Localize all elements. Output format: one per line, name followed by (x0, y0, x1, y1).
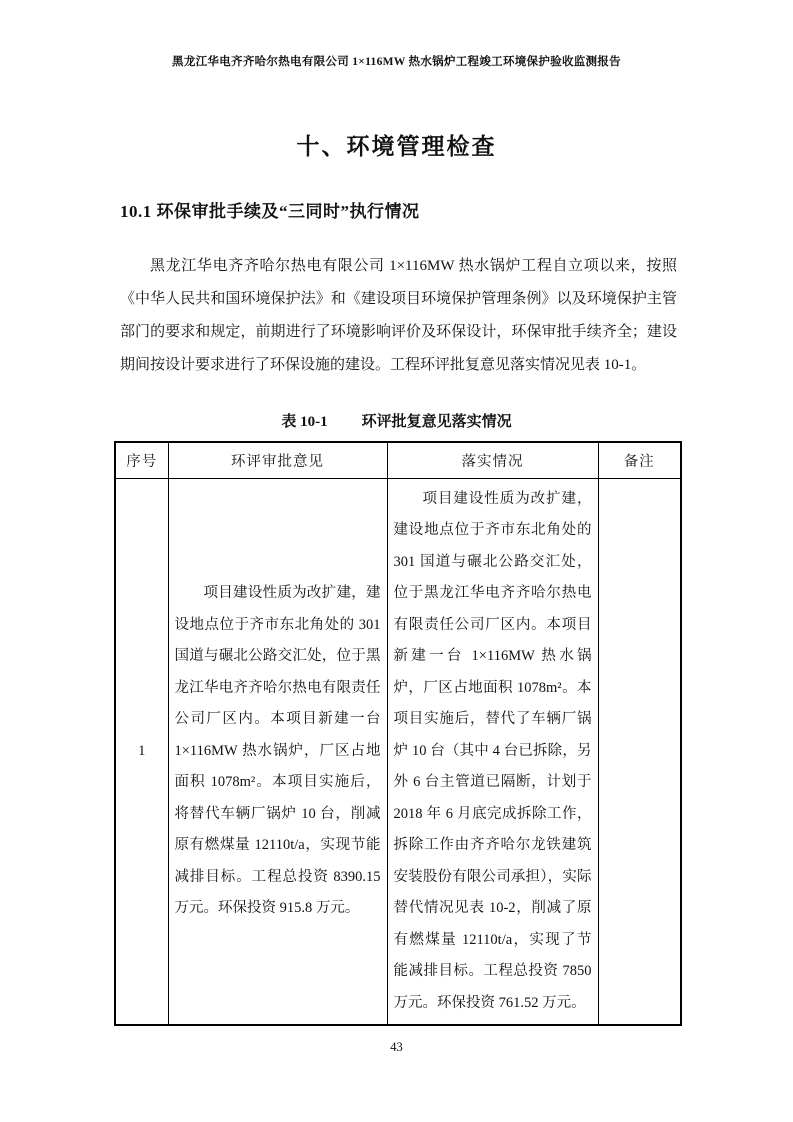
table-caption: 表 10-1环评批复意见落实情况 (0, 410, 793, 431)
table-caption-label: 表 10-1 (281, 414, 327, 430)
body-paragraph: 黑龙江华电齐齐哈尔热电有限公司 1×116MW 热水锅炉工程自立项以来，按照《中… (120, 250, 677, 382)
running-header: 黑龙江华电齐齐哈尔热电有限公司 1×116MW 热水锅炉工程竣工环境保护验收监测… (0, 53, 793, 69)
column-header-index: 序号 (115, 442, 168, 478)
table-caption-title: 环评批复意见落实情况 (362, 414, 512, 430)
implementation-text: 项目建设性质为改扩建，建设地点位于齐市东北角处的 301 国道与碾北公路交汇处，… (394, 484, 592, 1020)
section-heading: 10.1 环保审批手续及“三同时”执行情况 (120, 197, 420, 222)
remark-cell (598, 478, 681, 1025)
page-number: 43 (0, 1040, 793, 1055)
column-header-implementation: 落实情况 (387, 442, 598, 478)
row-index-cell: 1 (115, 478, 168, 1025)
document-page: 黑龙江华电齐齐哈尔热电有限公司 1×116MW 热水锅炉工程竣工环境保护验收监测… (0, 0, 793, 1122)
page-title: 十、环境管理检查 (0, 128, 793, 161)
approval-opinion-cell: 项目建设性质为改扩建，建设地点位于齐市东北角处的 301 国道与碾北公路交汇处，… (168, 478, 387, 1025)
column-header-remark: 备注 (598, 442, 681, 478)
approval-opinion-text: 项目建设性质为改扩建，建设地点位于齐市东北角处的 301 国道与碾北公路交汇处，… (175, 578, 381, 925)
implementation-cell: 项目建设性质为改扩建，建设地点位于齐市东北角处的 301 国道与碾北公路交汇处，… (387, 478, 598, 1025)
column-header-approval-opinion: 环评审批意见 (168, 442, 387, 478)
table-row: 1 项目建设性质为改扩建，建设地点位于齐市东北角处的 301 国道与碾北公路交汇… (115, 478, 681, 1025)
table-header-row: 序号 环评审批意见 落实情况 备注 (115, 442, 681, 478)
approval-implementation-table: 序号 环评审批意见 落实情况 备注 1 项目建设性质为改扩建，建设地点位于齐市东… (114, 441, 682, 1026)
